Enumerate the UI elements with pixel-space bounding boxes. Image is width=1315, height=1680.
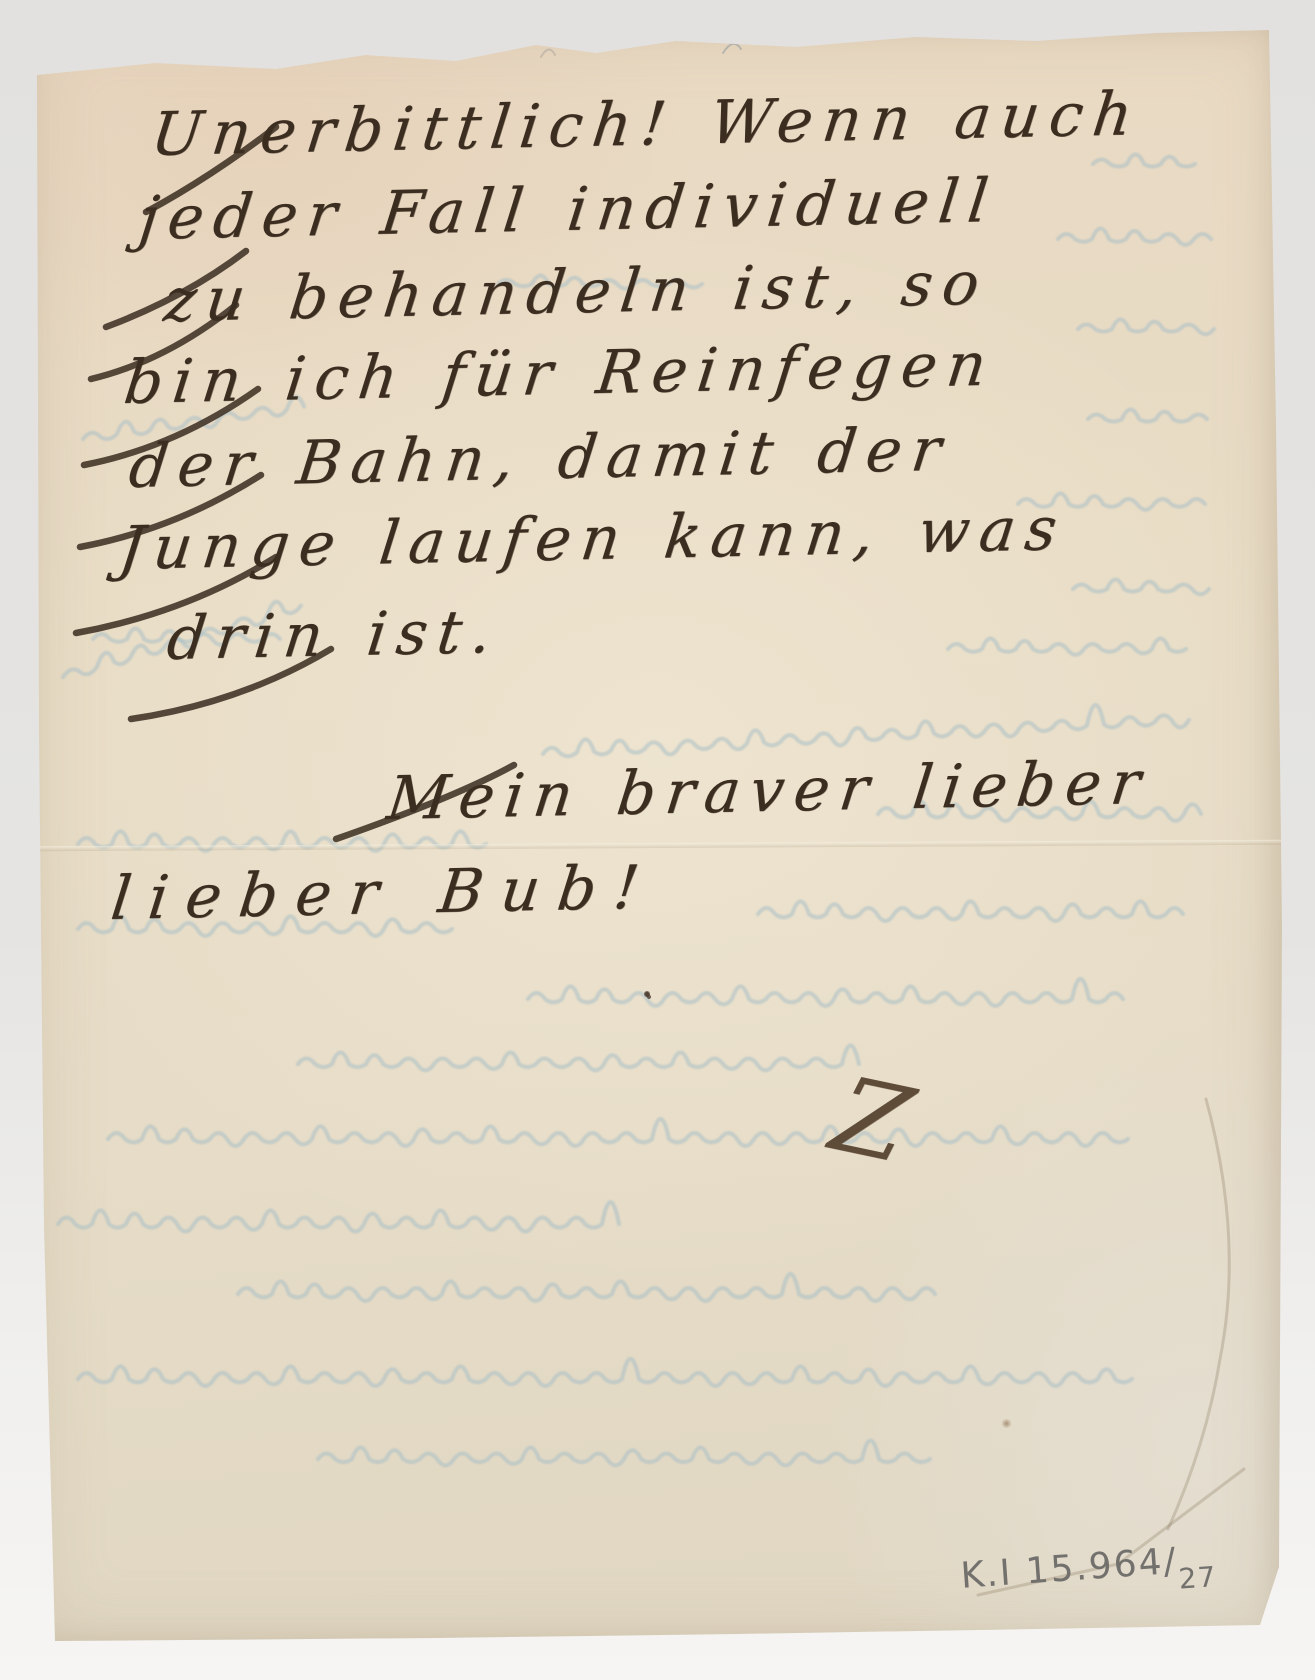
photograph-background: Unerbittlich! Wenn auch jeder Fall indiv… [0, 0, 1315, 1680]
paper-stain [1001, 1419, 1012, 1428]
letter-page: Unerbittlich! Wenn auch jeder Fall indiv… [36, 27, 1282, 1641]
ink-speck [644, 991, 650, 997]
handwritten-line: jeder Fall individuell [136, 171, 1001, 249]
handwritten-line: drin ist. [164, 602, 504, 669]
handwritten-line: bin ich für Reinfegen [121, 335, 999, 413]
closing-line: Mein braver lieber [384, 753, 1153, 829]
catalog-number-main: K.I 15.964/ [959, 1541, 1179, 1597]
catalog-number-sub: 27 [1178, 1560, 1218, 1596]
handwritten-line: der Bahn, damit der [126, 420, 954, 497]
closing-line: lieber Bub! [108, 857, 660, 929]
handwritten-line: Junge laufen kann, was [116, 499, 1070, 579]
signature-initial: Z [820, 1054, 924, 1187]
catalog-number: K.I 15.964/27 [959, 1538, 1217, 1611]
handwritten-line: zu behandeln ist, so [161, 254, 992, 331]
horizontal-fold-crease [36, 840, 1282, 852]
handwritten-line: Unerbittlich! Wenn auch [148, 84, 1145, 165]
